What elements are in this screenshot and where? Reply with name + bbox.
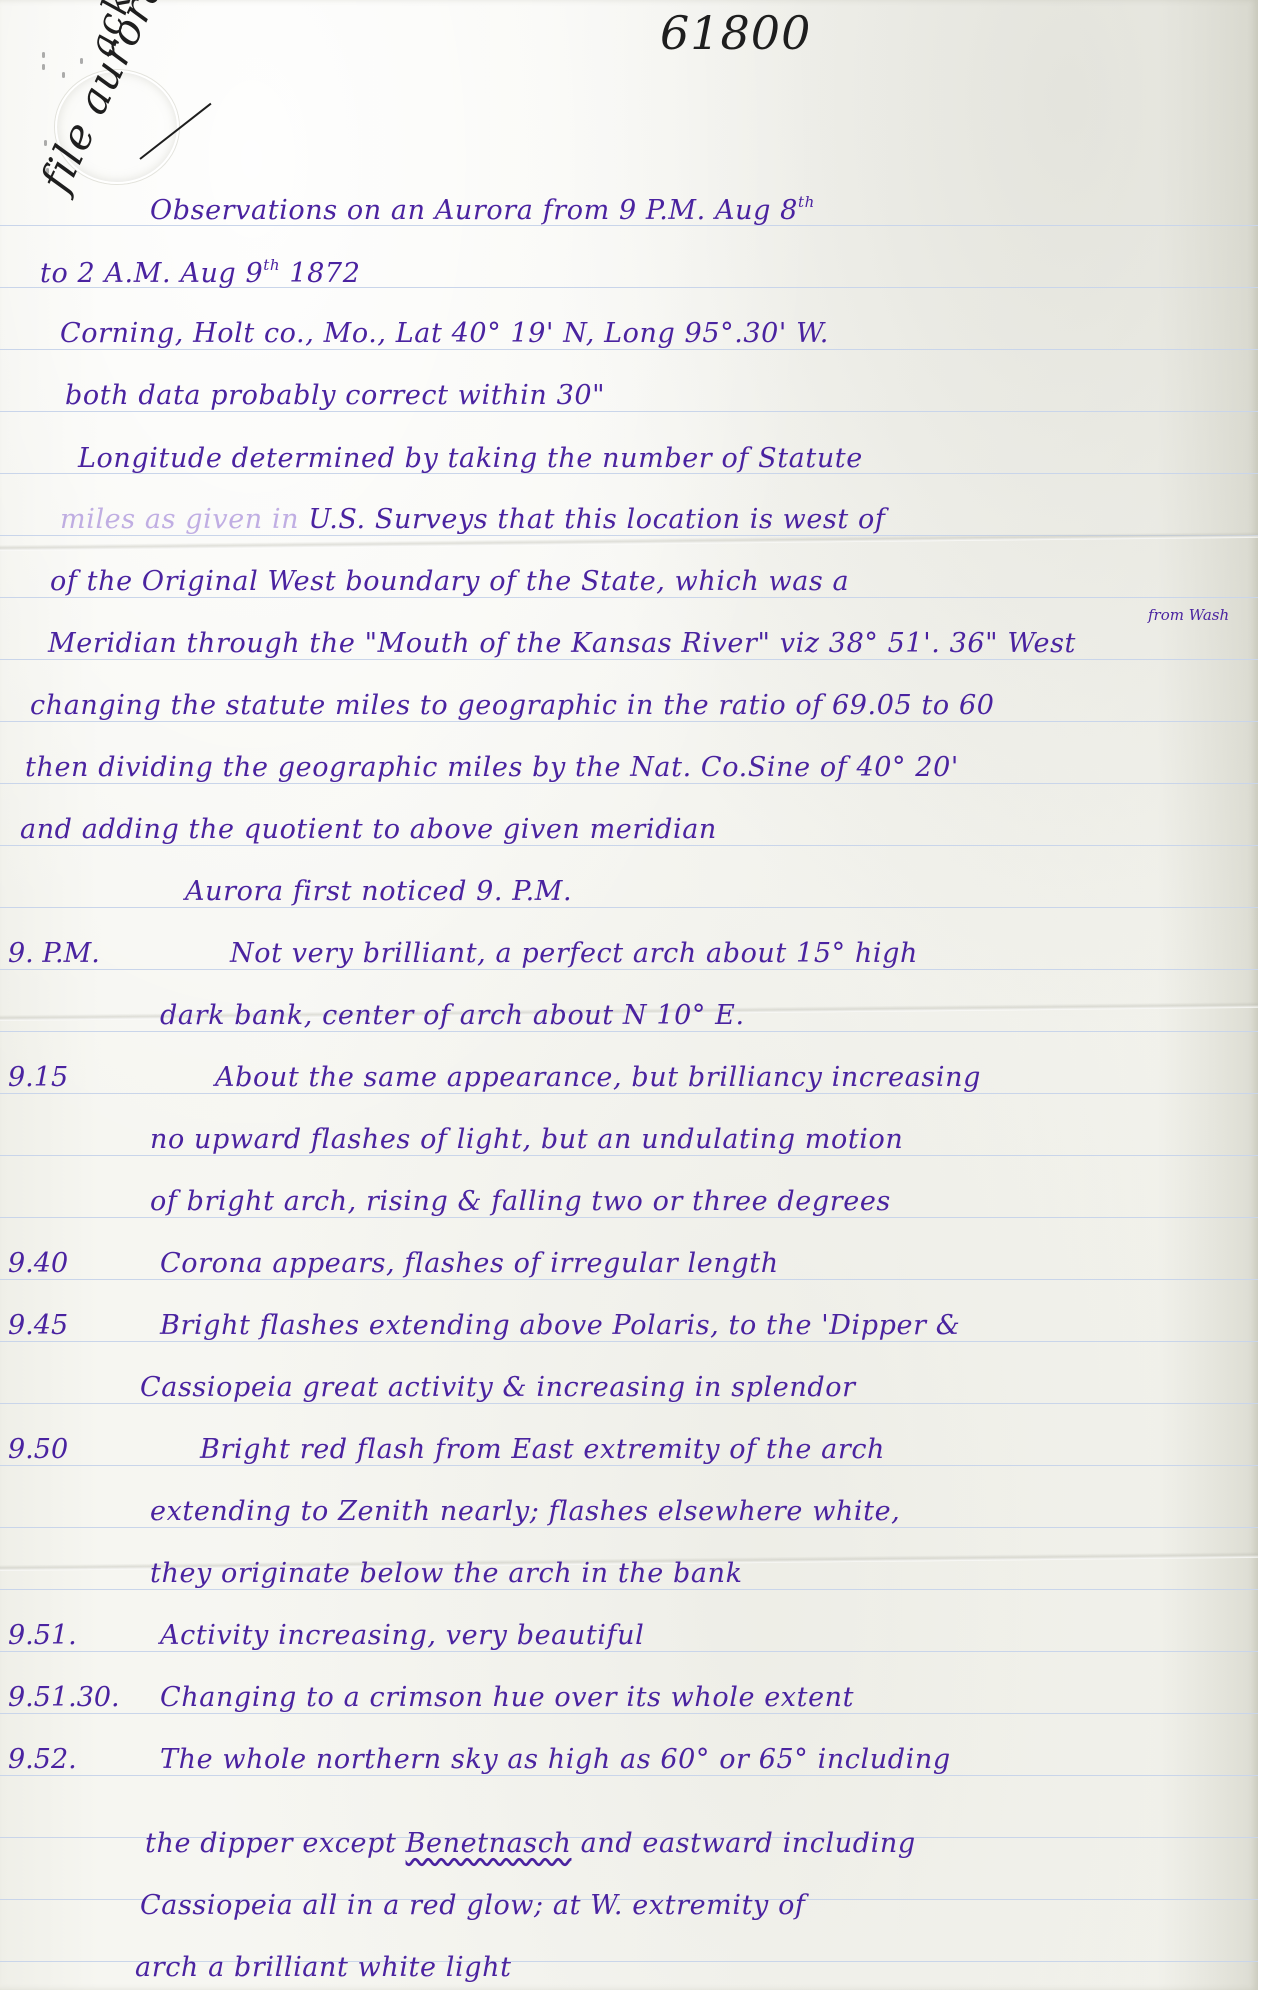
method-line-5: changing the statute miles to geographic…: [30, 692, 995, 719]
observation-time: 9. P.M.: [8, 940, 100, 967]
scan-margin: [0, 1990, 1265, 1999]
rule-line: [0, 659, 1258, 660]
observation-time: 9.50: [8, 1436, 68, 1463]
title-text: Observations on an Aurora from 9 P.M. Au…: [150, 195, 798, 226]
closing-line-2: Cassiopeia all in a red glow; at W. extr…: [140, 1892, 806, 1919]
location-line: Corning, Holt co., Mo., Lat 40° 19' N, L…: [60, 320, 829, 347]
rule-line: [0, 1589, 1258, 1590]
stitch-hole: [62, 72, 65, 78]
observation-time: 9.15: [8, 1064, 68, 1091]
observation-text: Bright red flash from East extremity of …: [200, 1436, 885, 1463]
rule-line: [0, 907, 1258, 908]
rule-line: [0, 1651, 1258, 1652]
stitch-hole: [42, 52, 45, 58]
rule-line: [0, 1217, 1258, 1218]
rule-line: [0, 721, 1258, 722]
method-line-3: of the Original West boundary of the Sta…: [50, 568, 849, 595]
observation-time: 9.52.: [8, 1746, 77, 1773]
rule-line: [0, 783, 1258, 784]
rule-line: [0, 1279, 1258, 1280]
accuracy-line: both data probably correct within 30": [65, 382, 605, 409]
faded-text: miles as given in: [60, 504, 308, 535]
rule-line: [0, 1403, 1258, 1404]
observation-text: Not very brilliant, a perfect arch about…: [230, 940, 918, 967]
observation-text: extending to Zenith nearly; flashes else…: [150, 1498, 900, 1525]
observation-text: Bright flashes extending above Polaris, …: [160, 1312, 960, 1339]
observation-text: About the same appearance, but brillianc…: [215, 1064, 981, 1091]
observation-text: Activity increasing, very beautiful: [160, 1622, 644, 1649]
stitch-hole: [80, 58, 83, 64]
observation-text: of bright arch, rising & falling two or …: [150, 1188, 891, 1215]
rule-line: [0, 1341, 1258, 1342]
observation-time: 9.51.: [8, 1622, 77, 1649]
first-noticed-line: Aurora first noticed 9. P.M.: [185, 878, 572, 905]
title-line-1: Observations on an Aurora from 9 P.M. Au…: [150, 195, 815, 224]
rule-line: [0, 845, 1258, 846]
observation-text: Changing to a crimson hue over its whole…: [160, 1684, 854, 1711]
rule-line: [0, 1527, 1258, 1528]
observation-text: dark bank, center of arch about N 10° E.: [160, 1002, 745, 1029]
closing-text: and eastward including: [571, 1828, 915, 1859]
closing-line-1: the dipper except Benetnasch and eastwar…: [145, 1830, 916, 1857]
star-name-underlined: Benetnasch: [406, 1828, 572, 1859]
observation-time: 9.45: [8, 1312, 68, 1339]
title-superscript: th: [263, 256, 280, 274]
marginal-annotation: from Wash: [1148, 606, 1229, 624]
method-text: U.S. Surveys that this location is west …: [308, 504, 885, 535]
rule-line: [0, 597, 1258, 598]
observation-text: Cassiopeia great activity & increasing i…: [140, 1374, 856, 1401]
title-text: to 2 A.M. Aug 9: [40, 258, 263, 289]
manuscript-page: ack. file aurora 61800 Observations on a…: [0, 0, 1258, 1990]
observation-time: 9.40: [8, 1250, 68, 1277]
rule-line: [0, 1031, 1258, 1032]
rule-line: [0, 969, 1258, 970]
stitch-hole: [42, 64, 45, 70]
method-line-4: Meridian through the "Mouth of the Kansa…: [48, 630, 1076, 657]
closing-line-3: arch a brilliant white light: [135, 1954, 512, 1981]
method-line-2: miles as given in U.S. Surveys that this…: [60, 506, 885, 533]
rule-line: [0, 1093, 1258, 1094]
rule-line: [0, 411, 1258, 412]
rule-line: [0, 1465, 1258, 1466]
observation-time: 9.51.30.: [8, 1684, 120, 1711]
title-superscript: th: [798, 193, 815, 211]
title-year: 1872: [280, 258, 360, 289]
rule-line: [0, 1775, 1258, 1776]
observation-text: they originate below the arch in the ban…: [150, 1560, 743, 1587]
rule-line: [0, 349, 1258, 350]
catalog-number: 61800: [660, 6, 811, 60]
observation-text: The whole northern sky as high as 60° or…: [160, 1746, 951, 1773]
method-line-7: and adding the quotient to above given m…: [20, 816, 717, 843]
title-line-2: to 2 A.M. Aug 9th 1872: [40, 258, 360, 287]
observation-text: Corona appears, flashes of irregular len…: [160, 1250, 779, 1277]
method-line-1: Longitude determined by taking the numbe…: [78, 445, 863, 472]
closing-text: the dipper except: [145, 1828, 406, 1859]
rule-line: [0, 1713, 1258, 1714]
rule-line: [0, 1155, 1258, 1156]
scan-margin: [1258, 0, 1265, 1999]
observation-text: no upward flashes of light, but an undul…: [150, 1126, 903, 1153]
method-line-6: then dividing the geographic miles by th…: [25, 754, 959, 781]
